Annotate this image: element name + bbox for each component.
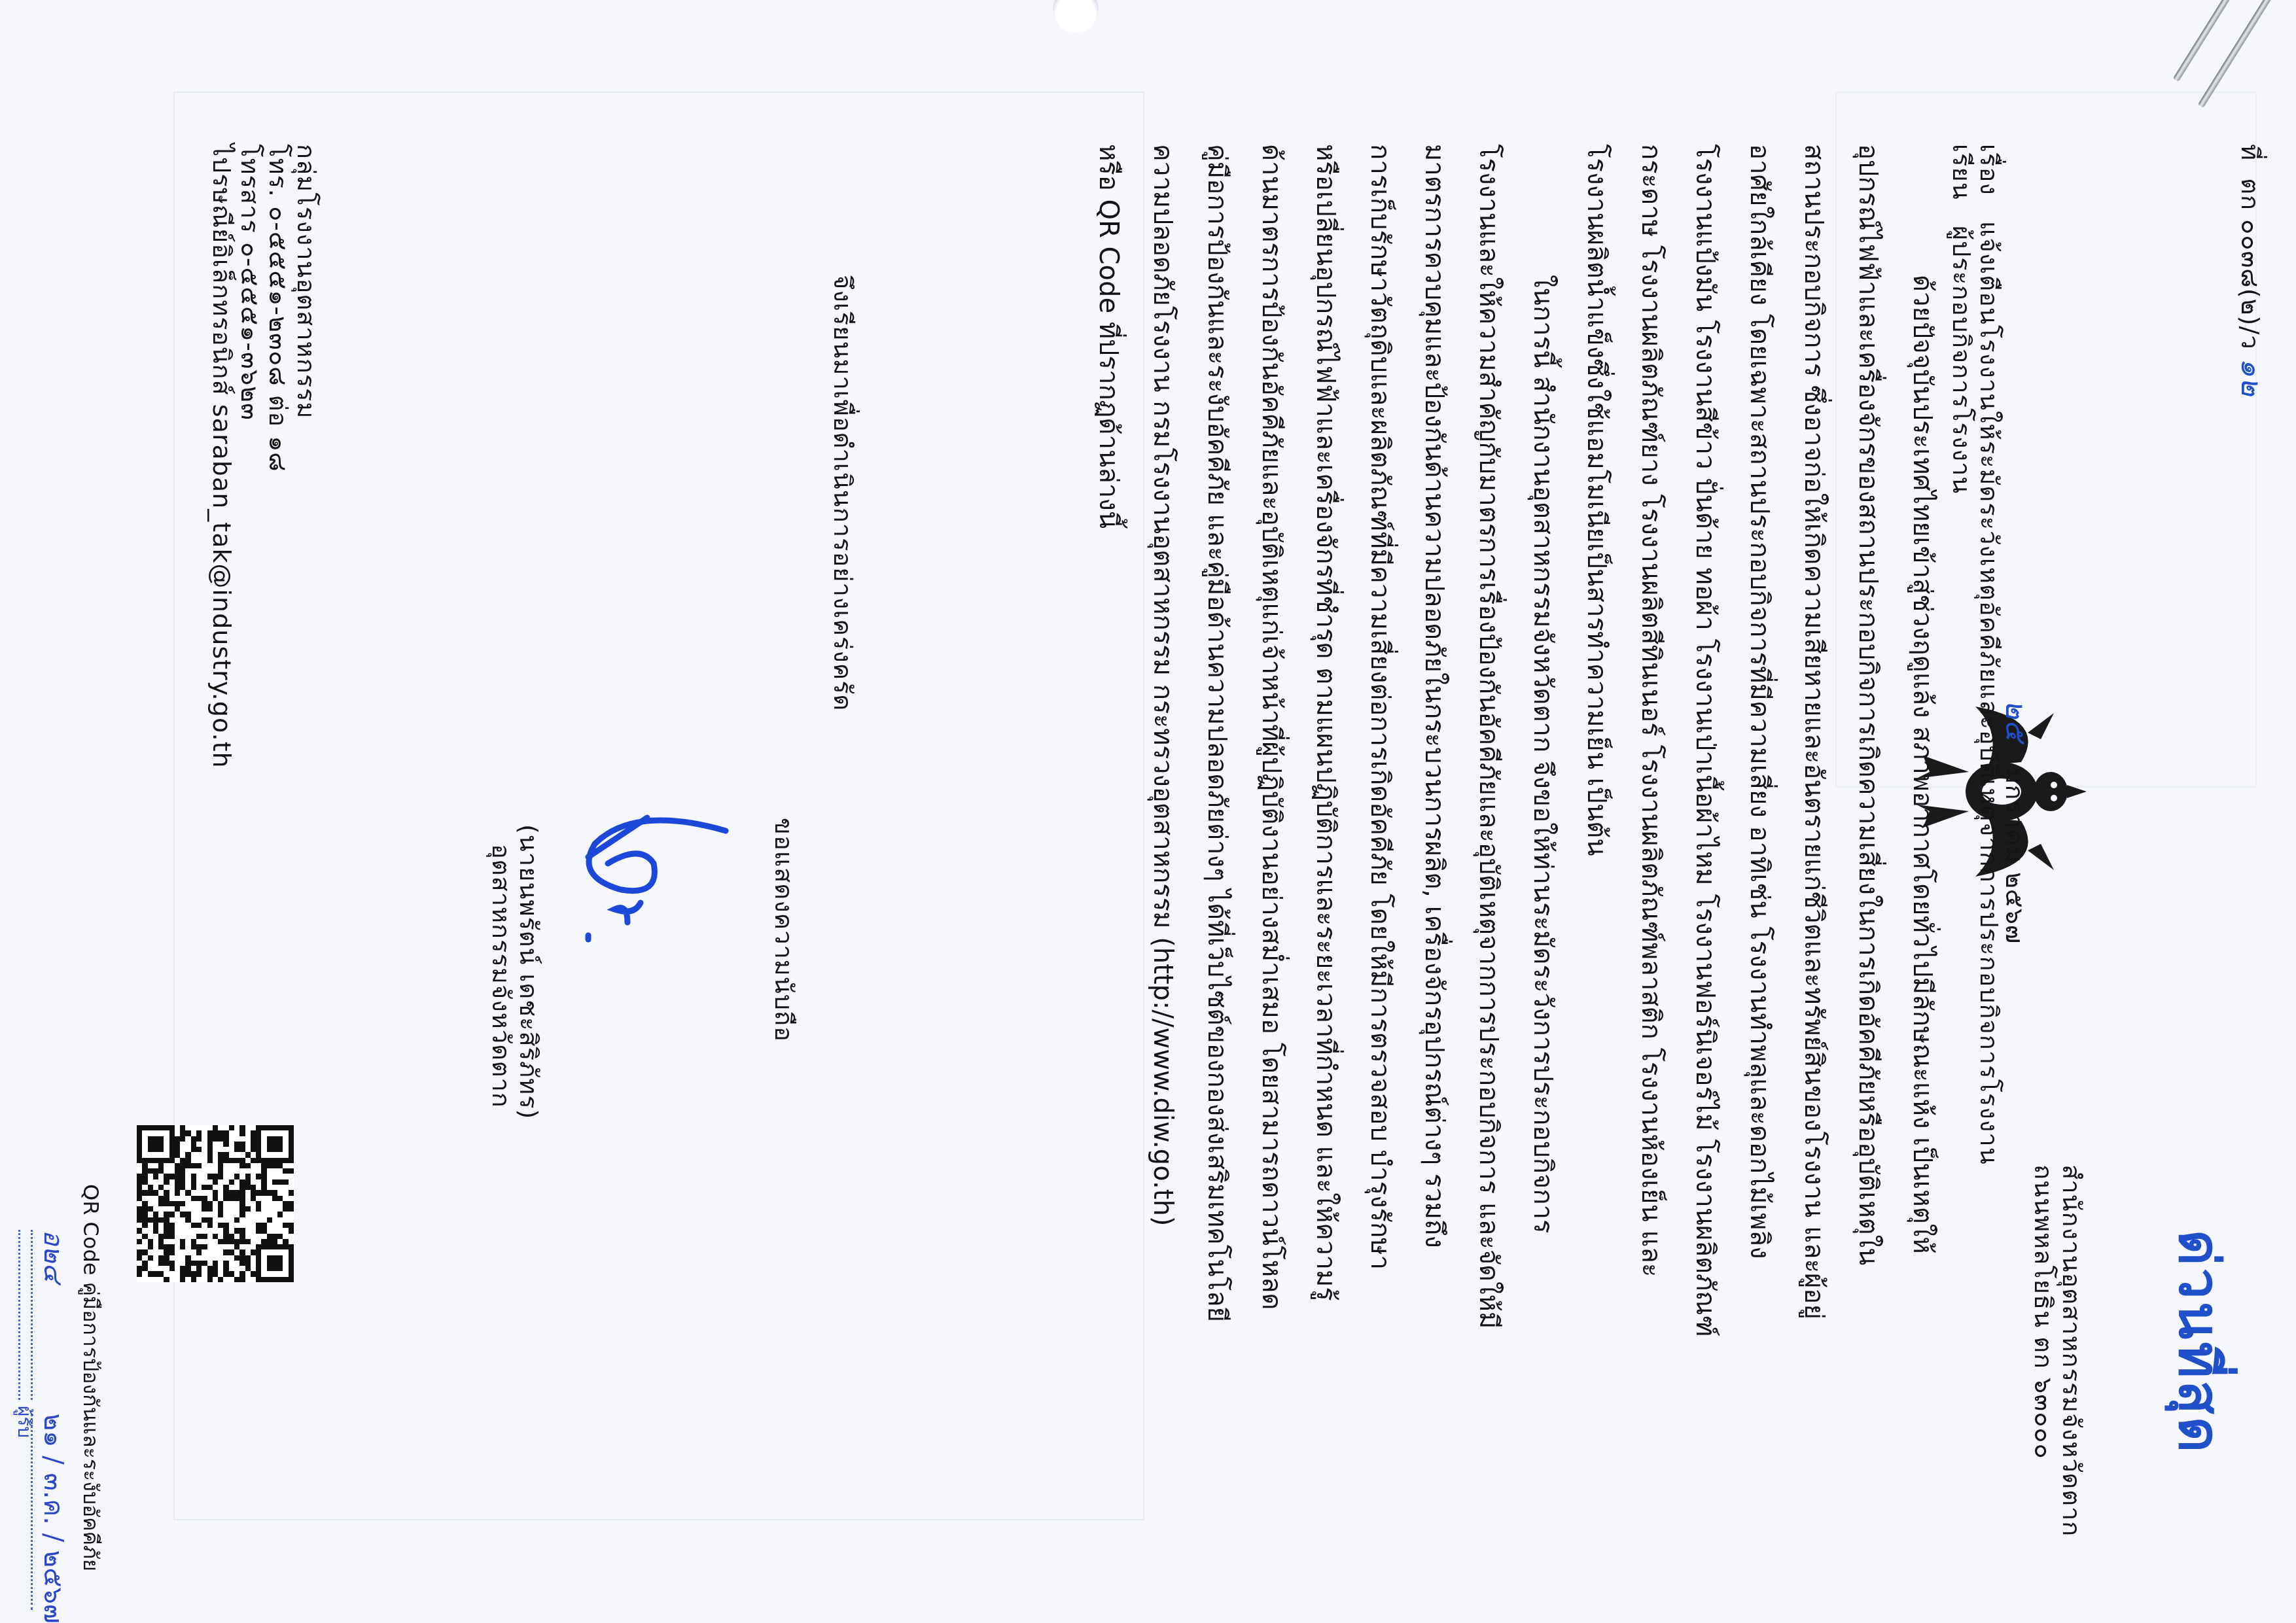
paragraph-line: อาศัยใกล้เคียง โดยเฉพาะสถานประกอบกิจการท… bbox=[1732, 144, 1786, 1337]
paragraph-line: ความปลอดภัยโรงงาน กรมโรงงานอุตสาหกรรม กร… bbox=[1135, 144, 1190, 1329]
paragraph-line: หรือ QR Code ที่ปรากฏด้านล่างนี้ bbox=[1081, 144, 1135, 1329]
paragraph-line: โรงงานและให้ความสำคัญกับมาตรการเรื่องป้อ… bbox=[1461, 144, 1515, 1329]
footer-division: กลุ่มโรงงานอุตสาหกรรม bbox=[292, 144, 320, 419]
department-name: สำนักงานอุตสาหกรรมจังหวัดตาก bbox=[2058, 1164, 2085, 1537]
received-signer: ผู้รับ bbox=[10, 1230, 39, 1438]
ref-label: ที่ bbox=[2236, 144, 2265, 161]
ref-number: ตก ๐๐๓๘(๒)/ว bbox=[2236, 178, 2265, 349]
paragraph-line: โรงงานผลิตน้ำแข็งซึ่งใช้แอมโมเนียเป็นสาร… bbox=[1569, 144, 1623, 1337]
salutation-label: เรียน bbox=[1947, 144, 1976, 200]
ref-line: ที่ ตก ๐๐๓๘(๒)/ว ๑๒ bbox=[2236, 144, 2265, 397]
received-signer-label: ผู้รับ bbox=[14, 1406, 35, 1438]
paragraph-line: โรงงานแป้งมัน โรงงานสีข้าว ปั่นด้าย ทอผ้… bbox=[1678, 144, 1732, 1337]
signatory-name: (นายนพรัตน์ เดชะสิริภัทร) bbox=[515, 824, 542, 1119]
paragraph-line: กระดาษ โรงงานผลิตภัณฑ์ยาง โรงงานผลิตสีทิ… bbox=[1623, 144, 1678, 1337]
salutation-line: เรียน ผู้ประกอบกิจการโรงงาน bbox=[1948, 144, 1975, 494]
paragraph-line: การเก็บรักษาวัตถุดิบและผลิตภัณฑ์ที่มีควา… bbox=[1352, 144, 1407, 1329]
qr-caption: QR Code คู่มือการป้องกันและระงับอัคคีภัย bbox=[74, 1184, 107, 1571]
signature bbox=[569, 805, 739, 975]
closing-phrase: ขอแสดงความนับถือ bbox=[770, 818, 798, 1042]
date-line: ๒๕ มกราคม ๒๕๖๗ bbox=[2001, 700, 2029, 944]
paragraph-line: อุปกรณ์ไฟฟ้าและเครื่องจักรของสถานประกอบก… bbox=[1841, 144, 1895, 1337]
salutation-text: ผู้ประกอบกิจการโรงงาน bbox=[1947, 226, 1976, 494]
hole-punch bbox=[1053, 0, 1099, 33]
paragraph-line: คู่มือการป้องกันและระงับอัคคีภัย และคู่ม… bbox=[1190, 144, 1244, 1329]
subject-line: เรื่อง แจ้งเตือนโรงงานให้ระมัดระวังเหตุอ… bbox=[1975, 144, 2003, 1165]
paragraph-line: หรือเปลี่ยนอุปกรณ์ไฟฟ้าและเครื่องจักรที่… bbox=[1298, 144, 1352, 1329]
paragraph-line: มาตรการควบคุมและป้องกันด้านความปลอดภัยใน… bbox=[1407, 144, 1461, 1329]
paragraph-line: สถานประกอบกิจการ ซึ่งอาจก่อให้เกิดความเส… bbox=[1786, 144, 1841, 1337]
subject-text: แจ้งเตือนโรงงานให้ระมัดระวังเหตุอัคคีภัย… bbox=[1975, 221, 2004, 1165]
urgent-stamp: ด่วนที่สุด bbox=[2156, 1230, 2244, 1455]
paragraph-line: ในการนี้ สำนักงานอุตสาหกรรมจังหวัดตาก จึ… bbox=[1515, 144, 1570, 1329]
qr-code[interactable] bbox=[137, 1125, 294, 1282]
letter-page: ด่วนที่สุด ที่ ตก ๐๐๓๘(๒)/ว ๑๒ สำนักงานอ… bbox=[0, 0, 2296, 1623]
footer-fax: โทรสาร ๐-๕๕๕๑-๓๖๒๓ bbox=[236, 144, 264, 421]
ref-handwritten: ๑๒ bbox=[2234, 358, 2268, 397]
paragraph-1: ด้วยปัจจุบันประเทศไทยเข้าสู่ช่วงฤดูแล้ง … bbox=[1569, 144, 1949, 1337]
paragraph-2: ในการนี้ สำนักงานอุตสาหกรรมจังหวัดตาก จึ… bbox=[1081, 144, 1570, 1329]
staple-icon bbox=[2173, 0, 2258, 82]
closing-request: จึงเรียนมาเพื่อดำเนินการอย่างเคร่งครัด bbox=[829, 275, 857, 711]
footer-phone: โทร. ๐-๕๕๕๑-๒๓๐๘ ต่อ ๑๘ bbox=[264, 144, 292, 472]
paragraph-line: ด้านมาตรการป้องกันอัคคีภัยและอุบัติเหตุแ… bbox=[1244, 144, 1298, 1329]
footer-email[interactable]: ไปรษณีย์อิเล็กทรอนิกส์ saraban_tak@indus… bbox=[208, 144, 236, 769]
signatory-title: อุตสาหกรรมจังหวัดตาก bbox=[487, 844, 515, 1108]
department-address: ถนนพหลโยธิน ตก ๖๓๐๐๐ bbox=[2030, 1164, 2057, 1459]
paragraph-line: ด้วยปัจจุบันประเทศไทยเข้าสู่ช่วงฤดูแล้ง … bbox=[1895, 144, 1949, 1337]
date-day-handwritten: ๒๕ bbox=[1999, 700, 2032, 742]
subject-label: เรื่อง bbox=[1975, 144, 2004, 196]
received-date: ๒๑ / ๓.ค. / ๒๕๖๗ bbox=[31, 1414, 75, 1610]
date-text: มกราคม ๒๕๖๗ bbox=[2000, 768, 2029, 945]
